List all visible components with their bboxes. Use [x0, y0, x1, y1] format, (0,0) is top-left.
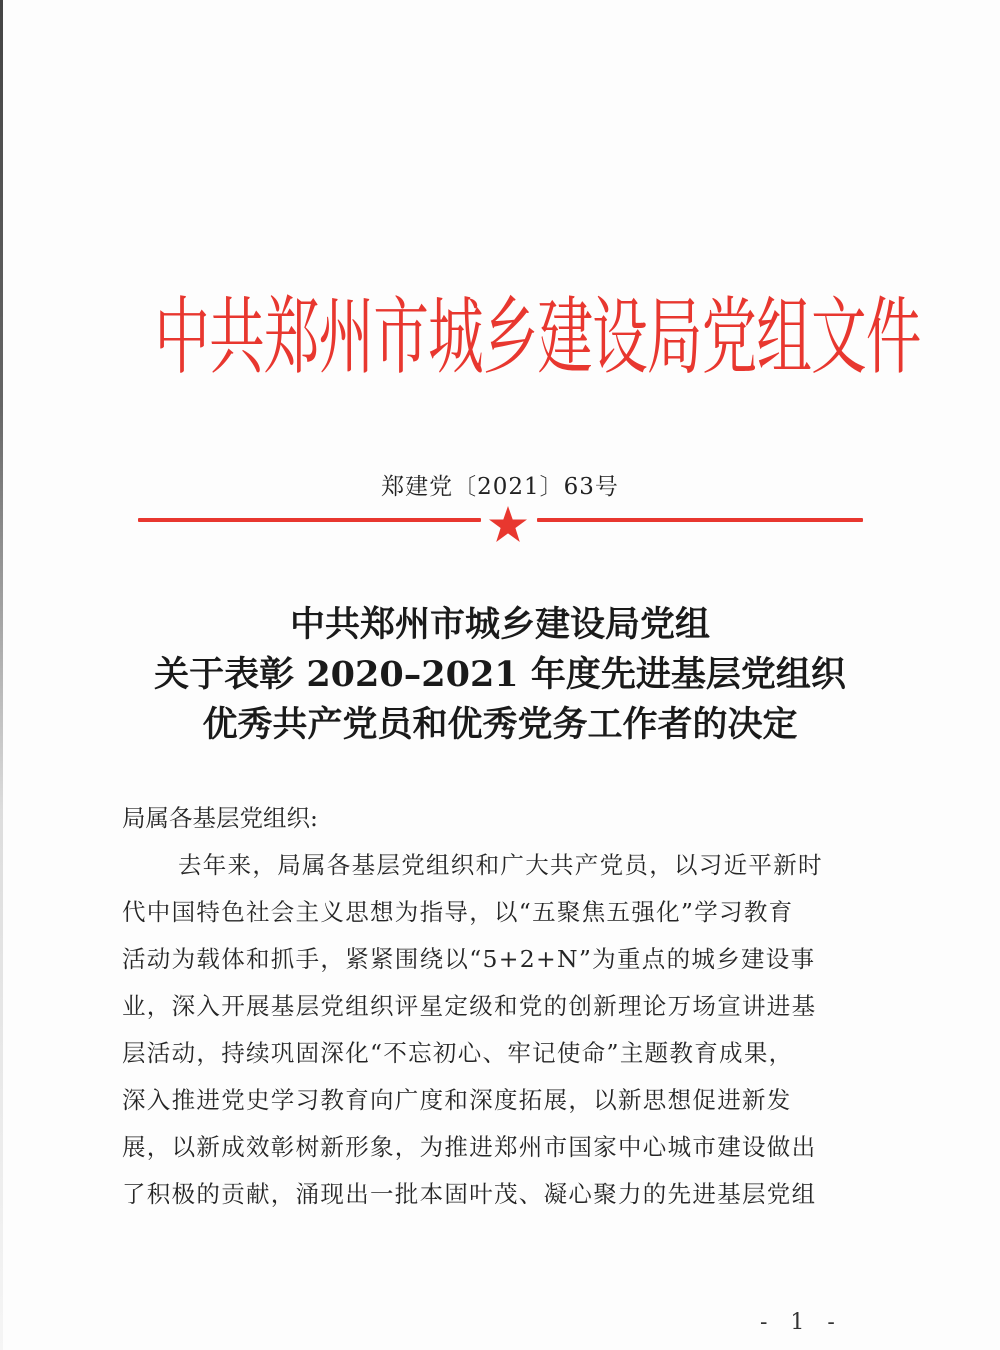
body-line: 深入推进党史学习教育向广度和深度拓展，以新思想促进新发: [122, 1077, 862, 1124]
body-line: 了积极的贡献，涌现出一批本固叶茂、凝心聚力的先进基层党组: [122, 1171, 862, 1218]
body-line: 代中国特色社会主义思想为指导，以“五聚焦五强化”学习教育: [122, 889, 862, 936]
star-icon: [488, 505, 528, 543]
document-number: 郑建党〔2021〕63号: [0, 468, 1000, 501]
salutation: 局属各基层党组织:: [122, 795, 862, 842]
title-line: 优秀共产党员和优秀党务工作者的决定: [0, 700, 1000, 750]
document-title: 中共郑州市城乡建设局党组 关于表彰 2020–2021 年度先进基层党组织 优秀…: [0, 600, 1000, 750]
body-line: 活动为载体和抓手，紧紧围绕以“5+2+N”为重点的城乡建设事: [122, 936, 862, 983]
title-line: 中共郑州市城乡建设局党组: [0, 600, 1000, 650]
red-divider-left: [138, 518, 481, 522]
body-line: 去年来，局属各基层党组织和广大共产党员，以习近平新时: [122, 842, 862, 889]
body-line: 展，以新成效彰树新形象，为推进郑州市国家中心城市建设做出: [122, 1124, 862, 1171]
page-number: - 1 -: [760, 1310, 843, 1335]
document-masthead: 中共郑州市城乡建设局党组文件: [154, 257, 845, 417]
red-divider-right: [537, 518, 863, 522]
document-body: 局属各基层党组织: 去年来，局属各基层党组织和广大共产党员，以习近平新时 代中国…: [122, 795, 862, 1218]
body-line: 业，深入开展基层党组织评星定级和党的创新理论万场宣讲进基: [122, 983, 862, 1030]
title-line: 关于表彰 2020–2021 年度先进基层党组织: [0, 650, 1000, 700]
body-line: 层活动，持续巩固深化“不忘初心、牢记使命”主题教育成果，: [122, 1030, 862, 1077]
